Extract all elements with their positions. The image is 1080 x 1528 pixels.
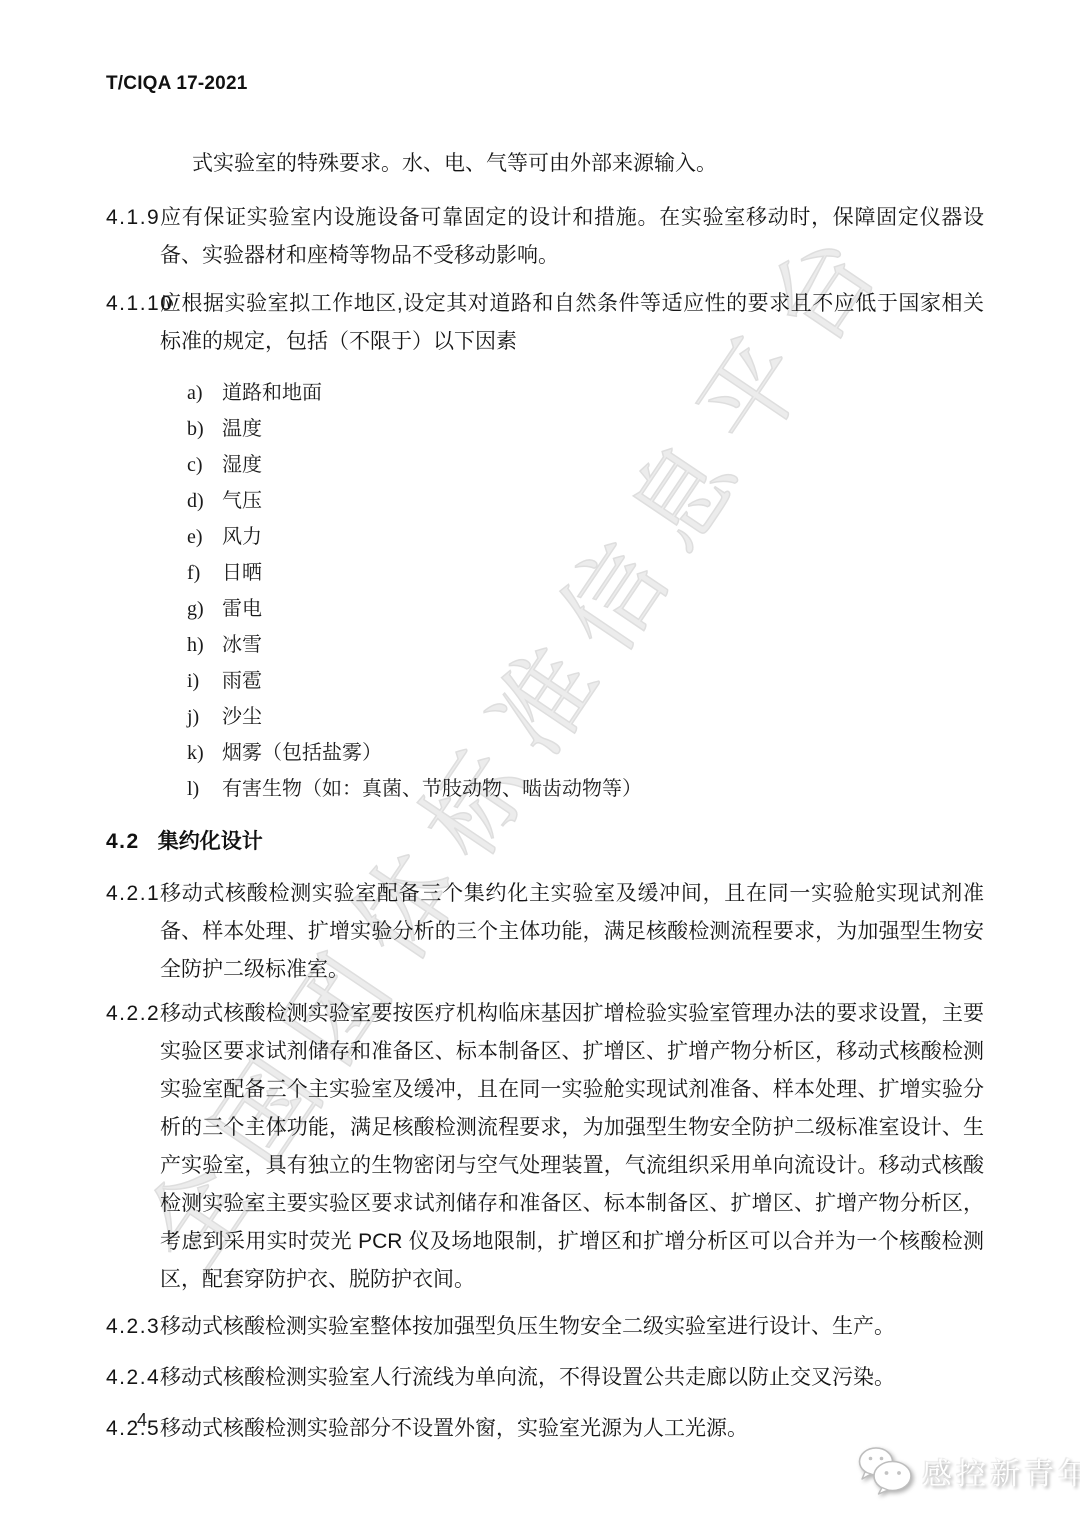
list-item-label: j) <box>187 699 222 735</box>
list-item-label: b) <box>187 411 222 447</box>
list-item: c)湿度 <box>187 447 984 483</box>
clause-number: 4.1.9 <box>106 199 160 237</box>
list-item: h)冰雪 <box>187 627 984 663</box>
document-page: 全国团体标准信息平台 T/CIQA 17-2021 式实验室的特殊要求。水、电、… <box>0 0 1080 1528</box>
section-number: 4.2 <box>106 830 140 853</box>
clause-number: 4.2.1 <box>106 875 160 913</box>
list-item: e)风力 <box>187 519 984 555</box>
clause-4-1-9: 4.1.9 应有保证实验室内设施设备可靠固定的设计和措施。在实验室移动时，保障固… <box>106 199 984 275</box>
clause-4-2-1: 4.2.1 移动式核酸检测实验室配备三个集约化主实验室及缓冲间，且在同一实验舱实… <box>106 875 984 989</box>
page-content: T/CIQA 17-2021 式实验室的特殊要求。水、电、气等可由外部来源输入。… <box>106 0 984 1448</box>
channel-logo-text: 感控新青年 <box>922 1449 1080 1493</box>
paragraph-continuation: 式实验室的特殊要求。水、电、气等可由外部来源输入。 <box>192 145 984 183</box>
list-item-text: 湿度 <box>222 454 262 476</box>
section-heading-4-2: 4.2集约化设计 <box>106 825 984 855</box>
list-item: g)雷电 <box>187 591 984 627</box>
list-item: a)道路和地面 <box>187 375 984 411</box>
list-item-label: h) <box>187 627 222 663</box>
clause-text: 移动式核酸检测实验室人行流线为单向流，不得设置公共走廊以防止交叉污染。 <box>160 1366 895 1389</box>
list-item-text: 温度 <box>222 418 262 440</box>
clause-text: 移动式核酸检测实验部分不设置外窗，实验室光源为人工光源。 <box>160 1417 748 1440</box>
list-item-text: 气压 <box>222 490 262 512</box>
clause-number: 4.2.5 <box>106 1410 160 1448</box>
clause-text: 移动式核酸检测实验室整体按加强型负压生物安全二级实验室进行设计、生产。 <box>160 1315 895 1338</box>
list-item-text: 沙尘 <box>222 706 262 728</box>
clause-text: 应有保证实验室内设施设备可靠固定的设计和措施。在实验室移动时，保障固定仪器设备、… <box>160 206 984 267</box>
list-item-text: 雨雹 <box>222 670 262 692</box>
clause-number: 4.2.2 <box>106 995 160 1033</box>
clause-number: 4.1.10 <box>106 285 173 323</box>
page-number: 4 <box>137 1410 147 1431</box>
list-item: b)温度 <box>187 411 984 447</box>
list-item: l)有害生物（如：真菌、节肢动物、啮齿动物等） <box>187 771 984 807</box>
list-item: i)雨雹 <box>187 663 984 699</box>
list-item-label: c) <box>187 447 222 483</box>
standard-number-header: T/CIQA 17-2021 <box>106 73 984 95</box>
clause-4-2-4: 4.2.4 移动式核酸检测实验室人行流线为单向流，不得设置公共走廊以防止交叉污染… <box>106 1359 984 1397</box>
clause-number: 4.2.3 <box>106 1308 160 1346</box>
clause-4-2-5: 4.2.5 移动式核酸检测实验部分不设置外窗，实验室光源为人工光源。 <box>106 1410 984 1448</box>
list-item-text: 日晒 <box>222 562 262 584</box>
list-item-text: 风力 <box>222 526 262 548</box>
list-item-label: l) <box>187 771 222 807</box>
clause-4-1-10: 4.1.10 应根据实验室拟工作地区,设定其对道路和自然条件等适应性的要求且不应… <box>106 285 984 361</box>
clause-number: 4.2.4 <box>106 1359 160 1397</box>
list-item-label: g) <box>187 591 222 627</box>
clause-text: 移动式核酸检测实验室配备三个集约化主实验室及缓冲间，且在同一实验舱实现试剂准备、… <box>160 882 984 981</box>
list-item-label: d) <box>187 483 222 519</box>
list-item-text: 雷电 <box>222 598 262 620</box>
environment-factor-list: a)道路和地面 b)温度 c)湿度 d)气压 e)风力 f)日晒 g)雷电 h)… <box>187 375 984 807</box>
list-item-text: 道路和地面 <box>222 382 322 404</box>
clause-text: 移动式核酸检测实验室要按医疗机构临床基因扩增检验实验室管理办法的要求设置，主要实… <box>160 1002 984 1291</box>
list-item: f)日晒 <box>187 555 984 591</box>
wechat-chat-bubbles-icon <box>856 1446 914 1496</box>
list-item-label: e) <box>187 519 222 555</box>
section-title: 集约化设计 <box>158 830 263 853</box>
list-item-text: 冰雪 <box>222 634 262 656</box>
list-item-label: k) <box>187 735 222 771</box>
list-item-label: i) <box>187 663 222 699</box>
list-item-text: 有害生物（如：真菌、节肢动物、啮齿动物等） <box>222 778 642 800</box>
channel-logo: 感控新青年 <box>856 1446 1080 1496</box>
list-item: d)气压 <box>187 483 984 519</box>
list-item-text: 烟雾（包括盐雾） <box>222 742 382 764</box>
list-item-label: a) <box>187 375 222 411</box>
list-item-label: f) <box>187 555 222 591</box>
clause-4-2-3: 4.2.3 移动式核酸检测实验室整体按加强型负压生物安全二级实验室进行设计、生产… <box>106 1308 984 1346</box>
list-item: k)烟雾（包括盐雾） <box>187 735 984 771</box>
clause-4-2-2: 4.2.2 移动式核酸检测实验室要按医疗机构临床基因扩增检验实验室管理办法的要求… <box>106 995 984 1299</box>
list-item: j)沙尘 <box>187 699 984 735</box>
clause-text: 应根据实验室拟工作地区,设定其对道路和自然条件等适应性的要求且不应低于国家相关标… <box>160 292 984 353</box>
